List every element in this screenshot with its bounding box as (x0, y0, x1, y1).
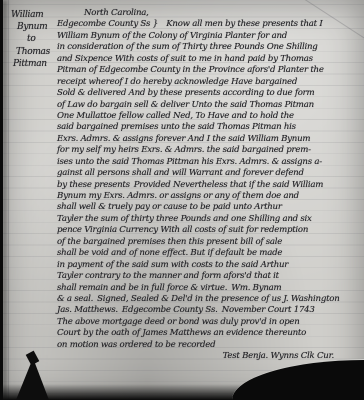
margin-line: Bynum (11, 21, 57, 33)
manuscript-line: Edgecombe County Ss } Know all men by th… (57, 19, 360, 30)
manuscript-line: ises unto the said Thomas Pittman his Ex… (57, 157, 360, 168)
manuscript-line: One Mullattoe fellow called Ned, To Have… (57, 111, 360, 122)
manuscript-line: of Law do bargain sell & deliver Unto th… (57, 100, 360, 111)
manuscript-line: North Carolina, (57, 8, 360, 19)
manuscript-line: pence Virginia Currency With all costs o… (57, 225, 360, 236)
manuscript-line: and Sixpence With costs of suit to me in… (57, 54, 360, 65)
manuscript-line: Exrs. Admrs. & assigns forever And I the… (57, 134, 360, 145)
manuscript-line: for my self my heirs Exrs. & Admrs. the … (57, 145, 360, 156)
margin-line: Pittman (11, 58, 57, 70)
deed-text: North Carolina, Edgecombe County Ss } Kn… (57, 8, 360, 363)
margin-line: Thomas (11, 46, 57, 58)
manuscript-line: shall well & truely pay or cause to be p… (57, 202, 360, 213)
margin-rule-line (8, 0, 9, 400)
manuscript-line: & a seal. Signed, Sealed & Del'd in the … (57, 294, 360, 305)
manuscript-line: said bargained premises unto the said Th… (57, 122, 360, 133)
manuscript-line: William Bynum of the Colony of Virginia … (57, 31, 360, 42)
binding-edge-shadow (0, 0, 3, 400)
manuscript-line: in consideration of the sum of Thirty th… (57, 42, 360, 53)
photostat-page: William Bynum to Thomas Pittman North Ca… (0, 0, 364, 400)
margin-party-names: William Bynum to Thomas Pittman (11, 9, 57, 70)
manuscript-line: Court by the oath of James Matthews an e… (57, 328, 360, 339)
manuscript-line: Pitman of Edgecombe County in the Provin… (57, 65, 360, 76)
manuscript-line: Bynum my Exrs. Admrs. or assigns or any … (57, 191, 360, 202)
manuscript-line: receipt whereof I do hereby acknowledge … (57, 77, 360, 88)
margin-line: William (11, 9, 57, 21)
manuscript-line: by these presents Provided Nevertheless … (57, 180, 360, 191)
manuscript-line: gainst all persons shall and will Warran… (57, 168, 360, 179)
manuscript-line: Tayler the sum of thirty three Pounds an… (57, 214, 360, 225)
manuscript-line: in payment of the said sum with costs to… (57, 260, 360, 271)
manuscript-line: The above mortgage deed or bond was duly… (57, 317, 360, 328)
manuscript-line: Sold & delivered And by these presents a… (57, 88, 360, 99)
manuscript-line: shall be void and of none effect. But if… (57, 248, 360, 259)
manuscript-line: of the bargained premises then this pres… (57, 237, 360, 248)
clerk-attestation-line: Test Benja. Wynns Clk Cur. (57, 351, 360, 362)
manuscript-line: Jas. Matthews. Edgecombe County Ss. Nove… (57, 305, 360, 316)
margin-line: to (11, 33, 57, 45)
manuscript-line: shall remain and be in full force & virt… (57, 283, 360, 294)
manuscript-line: on motion was ordered to be recorded (57, 340, 360, 351)
manuscript-line: Tayler contrary to the manner and form a… (57, 271, 360, 282)
